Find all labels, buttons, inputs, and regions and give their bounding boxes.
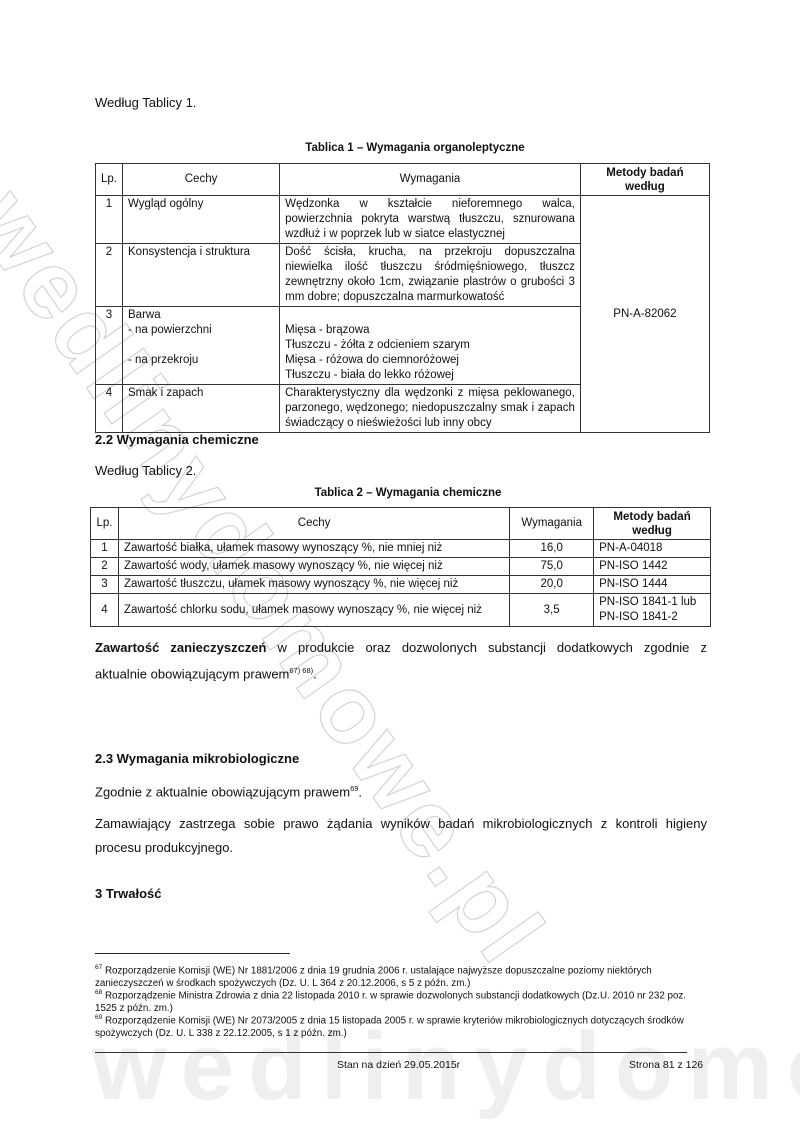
table-row: 2 Zawartość wody, ułamek masowy wynosząc…: [91, 558, 711, 576]
footer-page-number: Strona 81 z 126: [629, 1059, 703, 1071]
section-2-3-heading: 2.3 Wymagania mikrobiologiczne: [95, 751, 299, 766]
contaminants-line1: Zawartość zanieczyszczeń w produkcie ora…: [95, 640, 707, 655]
footnote-separator: [95, 953, 290, 954]
contaminants-line2: aktualnie obowiązującym prawem67) 68).: [95, 666, 317, 681]
section-2-2-heading: 2.2 Wymagania chemiczne: [95, 432, 259, 447]
footnote-ref-67-68[interactable]: 67) 68): [289, 666, 313, 675]
intro-table1: Według Tablicy 1.: [95, 95, 196, 110]
table-chemical: Lp. Cechy Wymagania Metody badań według …: [90, 507, 711, 627]
header-metody: Metody badań według: [580, 164, 709, 196]
section-3-heading: 3 Trwałość: [95, 886, 161, 901]
header-lp: Lp.: [96, 164, 123, 196]
zamawiajacy-line1: Zamawiający zastrzega sobie prawo żądani…: [95, 816, 707, 831]
header-lp: Lp.: [91, 508, 119, 540]
footer-date: Stan na dzień 29.05.2015r: [337, 1059, 460, 1071]
footer-rule: [95, 1052, 687, 1053]
footnote-69: 69 Rozporządzenie Komisji (WE) Nr 2073/2…: [95, 1012, 707, 1040]
table-row: 4 Zawartość chlorku sodu, ułamek masowy …: [91, 594, 711, 627]
micro-text: Zgodnie z aktualnie obowiązującym prawem…: [95, 784, 362, 799]
table1-caption: Tablica 1 – Wymagania organoleptyczne: [15, 142, 800, 154]
table-row: 3 Zawartość tłuszczu, ułamek masowy wyno…: [91, 576, 711, 594]
table-organoleptic: Lp. Cechy Wymagania Metody badań według …: [95, 163, 710, 433]
table-row: 1 Zawartość białka, ułamek masowy wynosz…: [91, 540, 711, 558]
table-row: 1 Wygląd ogólny Wędzonka w kształcie nie…: [96, 196, 710, 244]
intro-table2: Według Tablicy 2.: [95, 463, 196, 478]
zamawiajacy-line2: procesu produkcyjnego.: [95, 840, 233, 855]
header-metody: Metody badań według: [594, 508, 711, 540]
header-cechy: Cechy: [123, 164, 280, 196]
table2-caption: Tablica 2 – Wymagania chemiczne: [8, 487, 800, 499]
header-cechy: Cechy: [118, 508, 509, 540]
header-wymagania: Wymagania: [510, 508, 594, 540]
header-wymagania: Wymagania: [280, 164, 581, 196]
method-cell: PN-A-82062: [580, 196, 709, 433]
